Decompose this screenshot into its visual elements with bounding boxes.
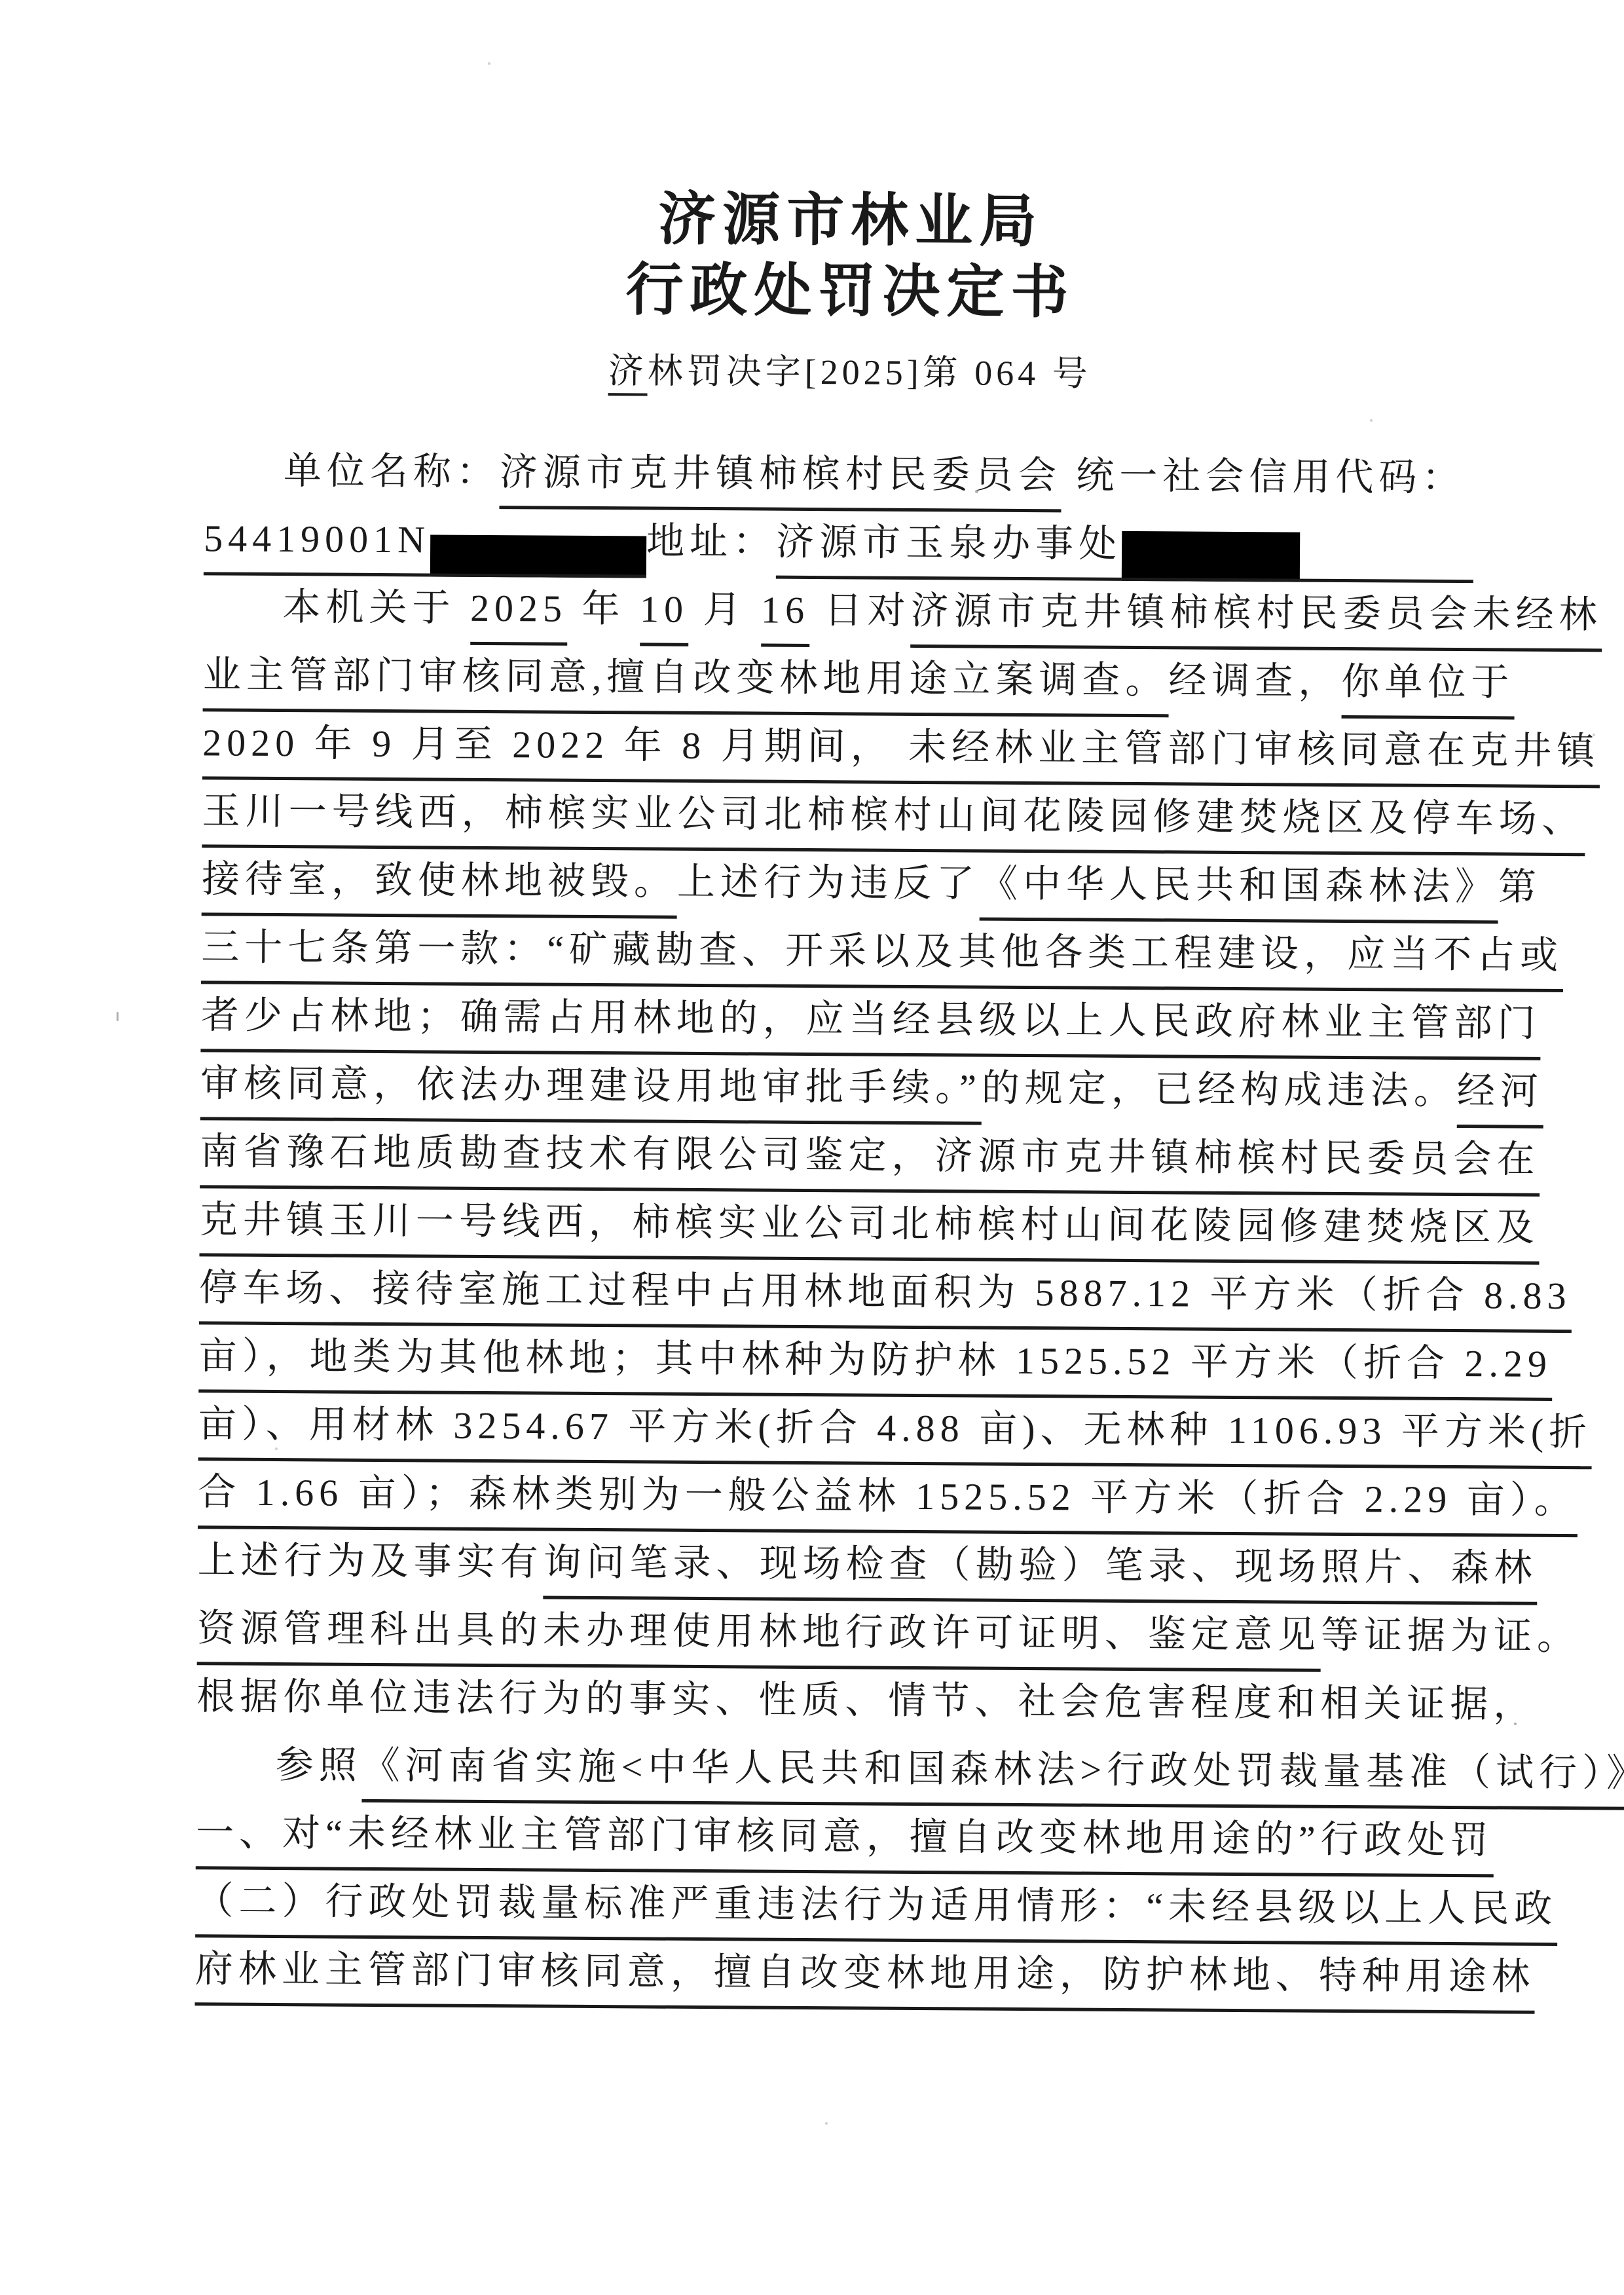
text-segment: 者少占林地；确需占用林地的，应当经县级以上人民政府林业主管部门 — [200, 986, 1541, 1060]
text-line: 接待室，致使林地被毁。上述行为违反了《中华人民共和国森林法》第 — [202, 850, 1472, 926]
text-segment: 上述行为违反了 — [677, 853, 980, 921]
text-line: （二）行政处罚裁量标准严重违法行为适用情形：“未经县级以上人民政 — [195, 1872, 1466, 1948]
text-segment: 经河 — [1456, 1062, 1543, 1129]
text-segment: 经调查， — [1168, 652, 1342, 718]
text-segment: 济源市克井镇柿槟村民委员会未经林 — [910, 582, 1602, 652]
text-line: 者少占林地；确需占用林地的，应当经县级以上人民政府林业主管部门 — [200, 986, 1471, 1062]
text-segment: 等证据为证。 — [1321, 1607, 1581, 1673]
text-segment: 济源市克井镇柿槟村民委员会 — [499, 443, 1061, 512]
text-line: 南省豫石地质勘查技术有限公司鉴定，济源市克井镇柿槟村民委员会在 — [200, 1123, 1470, 1199]
text-segment: 南省豫石地质勘查技术有限公司鉴定，济源市克井镇柿槟村民委员会在 — [200, 1123, 1540, 1196]
text-segment: 参照 — [275, 1736, 362, 1802]
text-segment: 日对 — [809, 582, 911, 648]
text-segment: 统一社会信用代码： — [1076, 447, 1466, 515]
text-line: 上述行为及事实有询问笔录、现场检查（勘验）笔录、现场照片、森林 — [197, 1531, 1467, 1607]
text-segment: 本机关于 — [282, 578, 470, 645]
text-segment: 2025 — [470, 580, 568, 646]
text-line: 停车场、接待室施工过程中占用林地面积为 5887.12 平方米（折合 8.83 — [199, 1259, 1469, 1335]
text-segment: （二）行政处罚裁量标准严重违法行为适用情形：“未经县级以上人民政 — [195, 1872, 1557, 1946]
text-line: 业主管部门审核同意,擅自改变林地用途立案调查。经调查，你单位于 — [203, 646, 1473, 722]
text-segment: 54419001N — [204, 510, 430, 576]
text-segment: 审核同意，依法办理建设用地审批手续。” — [200, 1054, 982, 1125]
text-segment: 年 — [567, 580, 640, 646]
text-segment: 亩），地类为其他林地；其中林种为防护林 1525.52 平方米（折合 2.29 — [198, 1327, 1552, 1401]
text-segment: 的规定，已经构成违法。 — [981, 1060, 1457, 1128]
text-segment: 停车场、接待室施工过程中占用林地面积为 5887.12 平方米（折合 8.83 — [199, 1259, 1572, 1333]
text-line: 根据你单位违法行为的事实、性质、情节、社会危害程度和相关证据， — [196, 1668, 1467, 1744]
text-segment: 一、对“未经林业主管部门审核同意，擅自改变林地用途的”行政处罚 — [196, 1804, 1494, 1877]
text-segment: 上述行为及事实有 — [197, 1531, 544, 1599]
text-line: 合 1.66 亩）；森林类别为一般公益林 1525.52 平方米（折合 2.29… — [198, 1463, 1468, 1539]
text-segment: 16 — [761, 582, 810, 647]
text-line: 府林业主管部门审核同意，擅自改变林地用途，防护林地、特种用途林 — [194, 1940, 1465, 2016]
text-segment: 单位名称： — [283, 442, 500, 509]
text-segment: 府林业主管部门审核同意，擅自改变林地用途，防护林地、特种用途林 — [194, 1940, 1535, 2013]
text-line: 克井镇玉川一号线西，柿槟实业公司北柿槟村山间花陵园修建焚烧区及 — [199, 1191, 1469, 1267]
text-line: 亩），地类为其他林地；其中林种为防护林 1525.52 平方米（折合 2.29 — [198, 1327, 1469, 1403]
text-line: 本机关于 2025 年 10 月 16 日对济源市克井镇柿槟村民委员会未经林 — [203, 578, 1473, 654]
document-type-title: 行政处罚决定书 — [77, 255, 1623, 329]
text-line: 审核同意，依法办理建设用地审批手续。”的规定，已经构成违法。经河 — [200, 1054, 1471, 1130]
text-segment: 济源市玉泉办事处 — [776, 513, 1122, 581]
text-segment: 亩）、用材林 3254.67 平方米(折合 4.88 亩)、无林种 1106.9… — [198, 1395, 1593, 1469]
text-segment: 克井镇玉川一号线西，柿槟实业公司北柿槟村山间花陵园修建焚烧区及 — [199, 1191, 1540, 1264]
text-segment: 月 — [688, 581, 762, 647]
text-segment: 《河南省实施<中华人民共和国森林法>行政处罚裁量基准（试行）》 — [361, 1737, 1624, 1810]
scan-speck — [825, 2122, 828, 2125]
issuing-authority-title: 济源市林业局 — [78, 184, 1624, 259]
text-line: 资源管理科出具的未办理使用林地行政许可证明、鉴定意见等证据为证。 — [197, 1599, 1467, 1675]
text-segment: 询问笔录、现场检查（勘验）笔录、现场照片、森林 — [543, 1534, 1538, 1605]
text-line: 亩）、用材林 3254.67 平方米(折合 4.88 亩)、无林种 1106.9… — [198, 1395, 1469, 1471]
text-segment: 第 — [1498, 858, 1542, 924]
document-number-underlined-char: 济 — [608, 351, 648, 396]
text-line: 参照《河南省实施<中华人民共和国森林法>行政处罚裁量基准（试行）》 — [196, 1736, 1466, 1812]
text-line: 三十七条第一款：“矿藏勘查、开采以及其他各类工程建设，应当不占或 — [201, 918, 1471, 994]
document-header: 济源市林业局 行政处罚决定书 济林罚决字[2025]第 064 号 — [0, 0, 1624, 398]
text-line: 54419001N地址：济源市玉泉办事处 — [204, 510, 1474, 586]
text-segment: 你单位于 — [1341, 653, 1515, 720]
text-segment: 三十七条第一款：“矿藏勘查、开采以及其他各类工程建设，应当不占或 — [201, 918, 1563, 992]
text-segment: 根据你单位违法行为的事实、性质、情节、社会危害程度和相关证据， — [196, 1668, 1537, 1741]
redaction-box — [1122, 531, 1300, 582]
text-segment: 接待室，致使林地被毁。 — [202, 850, 678, 918]
document-number-rest: 林罚决字[2025]第 064 号 — [648, 351, 1092, 393]
document-content: 济源市林业局 行政处罚决定书 济林罚决字[2025]第 064 号 单位名称：济… — [0, 0, 1624, 2017]
text-line: 玉川一号线西，柿槟实业公司北柿槟村山间花陵园修建焚烧区及停车场、 — [202, 782, 1472, 858]
scanned-document-page: 济源市林业局 行政处罚决定书 济林罚决字[2025]第 064 号 单位名称：济… — [0, 0, 1624, 2295]
text-segment: 2020 年 9 月至 2022 年 8 月期间， 未经林业主管部门审核同意在克… — [202, 714, 1600, 788]
document-number: 济林罚决字[2025]第 064 号 — [77, 346, 1623, 398]
document-body: 单位名称：济源市克井镇柿槟村民委员会 统一社会信用代码：54419001N地址：… — [194, 441, 1474, 2016]
text-segment: 资源管理科出具的未办理使用林地行政许可证明、鉴定意见 — [197, 1599, 1321, 1671]
text-line: 2020 年 9 月至 2022 年 8 月期间， 未经林业主管部门审核同意在克… — [202, 714, 1473, 790]
text-segment — [1061, 447, 1076, 512]
text-segment: 玉川一号线西，柿槟实业公司北柿槟村山间花陵园修建焚烧区及停车场、 — [202, 782, 1585, 856]
text-segment: 10 — [640, 580, 689, 646]
text-line: 单位名称：济源市克井镇柿槟村民委员会 统一社会信用代码： — [204, 441, 1474, 517]
blank-underline — [1300, 569, 1473, 584]
text-segment: 《中华人民共和国森林法》 — [980, 855, 1499, 924]
text-segment: 合 1.66 亩）；森林类别为一般公益林 1525.52 平方米（折合 2.29… — [198, 1463, 1578, 1537]
text-line: 一、对“未经林业主管部门审核同意，擅自改变林地用途的”行政处罚 — [196, 1804, 1466, 1880]
text-segment: 业主管部门审核同意,擅自改变林地用途立案调查。 — [203, 646, 1169, 717]
text-segment: 地址： — [646, 512, 777, 578]
redaction-box — [430, 534, 646, 578]
